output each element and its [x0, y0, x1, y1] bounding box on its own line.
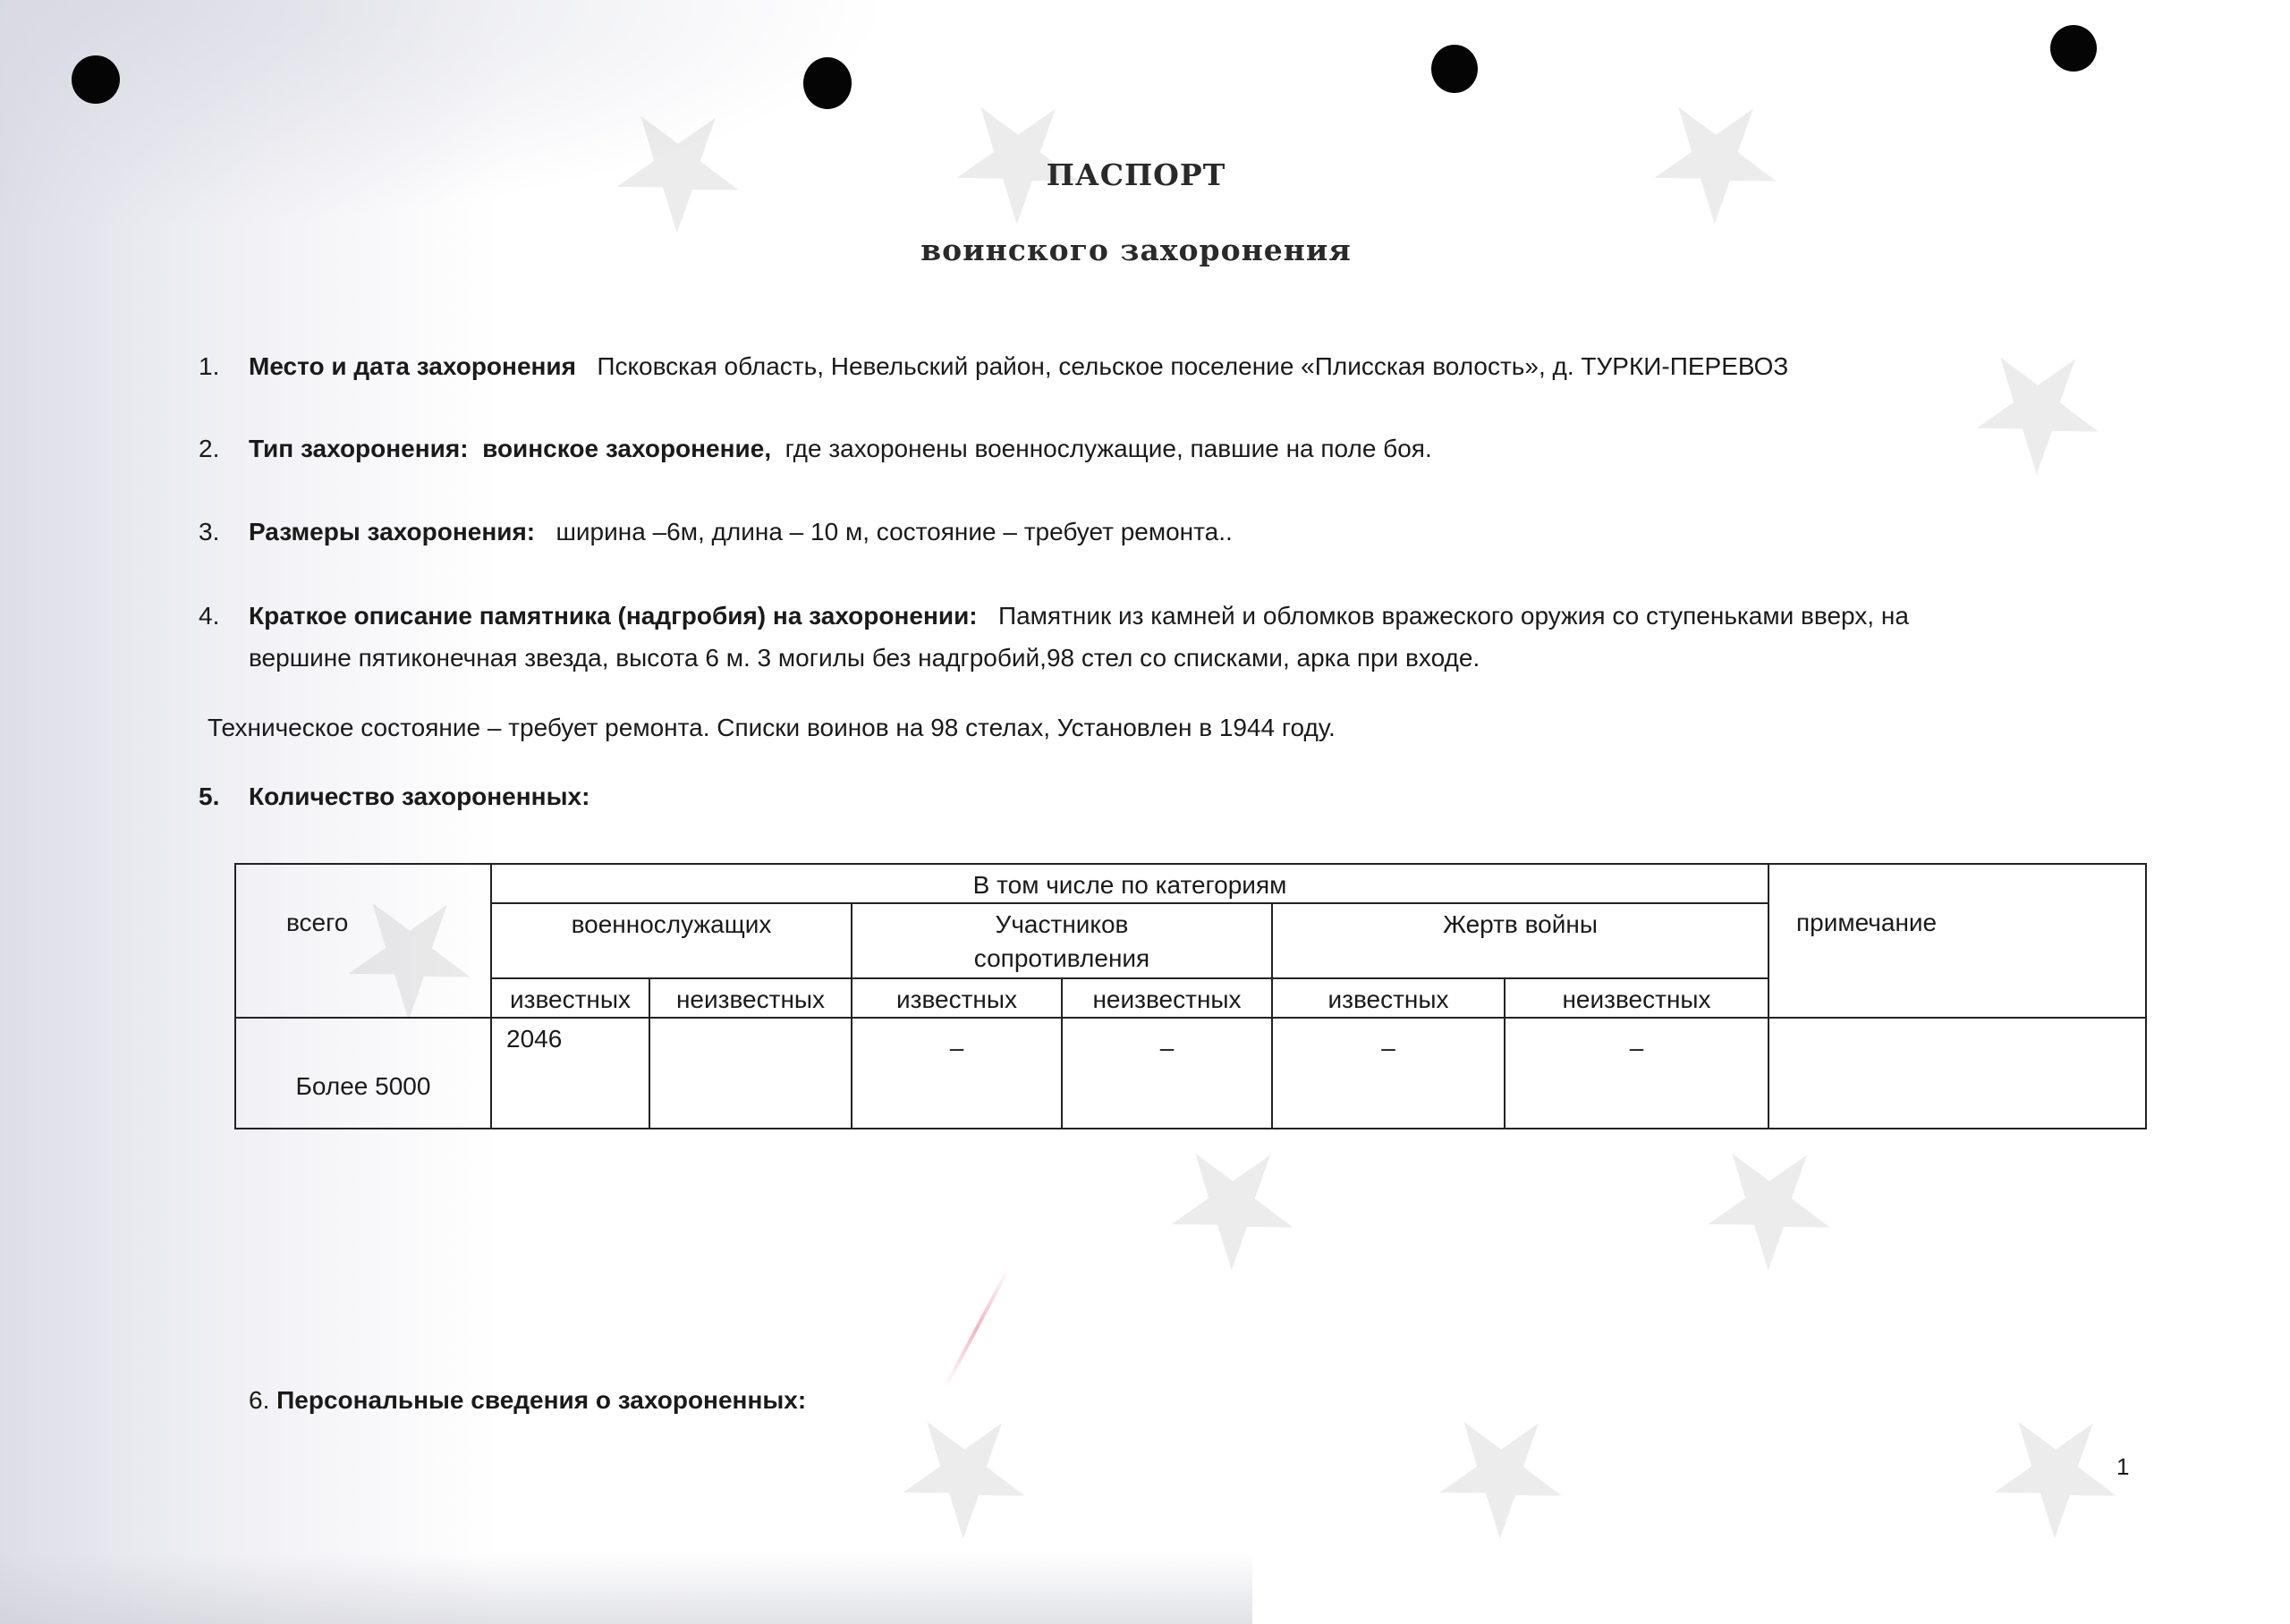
- watermark-star-icon: [869, 1378, 1056, 1565]
- subheader-unknown: неизвестных: [649, 978, 852, 1018]
- header-note: примечание: [1768, 864, 2146, 1018]
- item-value-bold: воинское захоронение,: [482, 435, 771, 462]
- item-value-line-1: Памятник из камней и обломков вражеского…: [998, 602, 1909, 630]
- subheader-known: известных: [852, 978, 1062, 1018]
- punch-hole-1: [72, 55, 120, 104]
- item-value: Псковская область, Невельский район, сел…: [597, 352, 1788, 380]
- item-label: Количество захороненных:: [249, 782, 589, 810]
- item-number: 3.: [199, 511, 249, 554]
- cell-military-known: 2046: [491, 1018, 649, 1129]
- item-number: 6.: [249, 1386, 269, 1414]
- item-5-buried-count: 5.Количество захороненных:: [199, 775, 589, 818]
- subheader-known: известных: [1272, 978, 1505, 1018]
- cell-resistance-known: –: [852, 1018, 1062, 1129]
- item-label: Краткое описание памятника (надгробия) н…: [249, 602, 978, 630]
- item-4-monument-description: 4.Краткое описание памятника (надгробия)…: [199, 595, 1909, 638]
- item-label: Персональные сведения о захороненных:: [276, 1386, 806, 1414]
- technical-state: Техническое состояние – требует ремонта.…: [208, 706, 1336, 749]
- punch-hole-3: [1431, 45, 1478, 93]
- header-group-resistance: Участников сопротивления: [852, 903, 1272, 978]
- item-label: Место и дата захоронения: [249, 352, 576, 380]
- item-label: Размеры захоронения:: [249, 518, 535, 546]
- item-1-place-and-date: 1.Место и дата захоронения Псковская обл…: [199, 345, 1788, 388]
- cell-victims-unknown: –: [1505, 1018, 1768, 1129]
- cell-total: Более 5000: [235, 1018, 491, 1129]
- item-3-dimensions: 3.Размеры захоронения: ширина –6м, длина…: [199, 511, 1233, 554]
- watermark-star-icon: [1405, 1378, 1592, 1565]
- header-group-war-victims: Жертв войны: [1272, 903, 1768, 978]
- punch-hole-4: [2050, 25, 2097, 72]
- watermark-star-icon: [1620, 63, 1807, 250]
- item-number: 4.: [199, 595, 249, 638]
- buried-count-table: всего В том числе по категориям примечан…: [234, 863, 2147, 1129]
- header-total: всего: [235, 864, 491, 1018]
- page-number: 1: [2116, 1453, 2129, 1481]
- technical-state-text: Техническое состояние – требует ремонта.…: [208, 714, 1336, 741]
- table-row: Более 5000 2046 – – – –: [235, 1018, 2146, 1129]
- cell-victims-known: –: [1272, 1018, 1505, 1129]
- item-2-burial-type: 2.Тип захоронения: воинское захоронение,…: [199, 427, 1432, 470]
- item-number: 2.: [199, 427, 249, 470]
- watermark-star-icon: [1137, 1110, 1324, 1297]
- watermark-star-icon: [1674, 1110, 1861, 1297]
- document-subtitle: воинского захоронения: [0, 233, 2272, 267]
- item-number: 1.: [199, 345, 249, 388]
- cell-note: [1768, 1018, 2146, 1129]
- item-value: ширина –6м, длина – 10 м, состояние – тр…: [556, 518, 1232, 546]
- pen-mark: [944, 1268, 1010, 1388]
- item-value: где захоронены военнослужащие, павшие на…: [785, 435, 1432, 462]
- scan-shadow-bottom: [0, 1552, 1252, 1624]
- item-label: Тип захоронения:: [249, 435, 469, 462]
- header-group-military: военнослужащих: [491, 903, 852, 978]
- item-number: 5.: [199, 775, 249, 818]
- watermark-star-icon: [922, 63, 1109, 250]
- item-4-monument-description-cont: вершине пятиконечная звезда, высота 6 м.…: [249, 637, 1480, 680]
- cell-resistance-unknown: –: [1062, 1018, 1272, 1129]
- subheader-unknown: неизвестных: [1062, 978, 1272, 1018]
- item-6-personal-details: 6. Персональные сведения о захороненных:: [249, 1379, 806, 1422]
- punch-hole-2: [803, 57, 852, 109]
- subheader-unknown: неизвестных: [1505, 978, 1768, 1018]
- header-categories: В том числе по категориям: [491, 864, 1768, 903]
- subheader-known: известных: [491, 978, 649, 1018]
- cell-military-unknown: [649, 1018, 852, 1129]
- watermark-star-icon: [1942, 314, 2129, 501]
- document-title: ПАСПОРТ: [0, 157, 2272, 192]
- scan-shadow-top: [0, 0, 895, 233]
- item-value-line-2: вершине пятиконечная звезда, высота 6 м.…: [249, 644, 1480, 672]
